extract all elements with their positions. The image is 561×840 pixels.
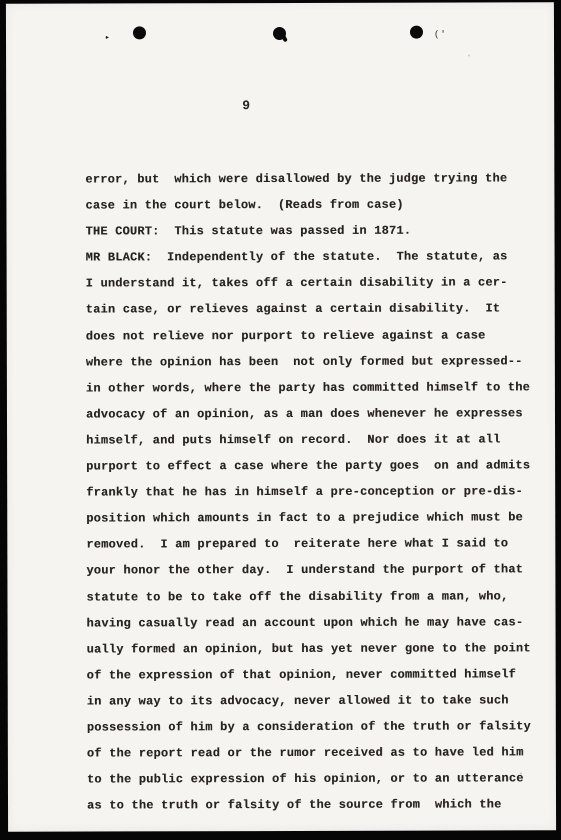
stray-mark-icon: ▸: [105, 34, 110, 42]
transcript-line: advocacy of an opinion, as a man does wh…: [86, 400, 536, 427]
transcript-line: possession of him by a consideration of …: [87, 713, 537, 740]
transcript-line: statute to be to take off the disability…: [86, 583, 536, 610]
ink-smudge: [280, 33, 288, 43]
transcript-line: your honor the other day. I understand t…: [86, 557, 536, 584]
stray-mark-icon: (': [434, 31, 447, 40]
transcript-line: of the report read or the rumor received…: [87, 739, 537, 766]
transcript-line: removed. I am prepared to reiterate here…: [86, 531, 536, 558]
paper-sheet: ▸ (' 9 error, but which were disallowed …: [6, 2, 556, 831]
transcript-line: does not relieve nor purport to relieve …: [86, 322, 536, 349]
transcript-line: of the expression of that opinion, never…: [87, 661, 537, 688]
transcript-line: to the public expression of his opinion,…: [87, 765, 537, 792]
scanned-document-page: ▸ (' 9 error, but which were disallowed …: [0, 0, 561, 840]
transcript-line: in any way to its advocacy, never allowe…: [87, 687, 537, 714]
transcript-line: frankly that he has in himself a pre-con…: [86, 478, 536, 505]
transcript-body: error, but which were disallowed by the …: [85, 165, 537, 819]
transcript-line: error, but which were disallowed by the …: [85, 165, 535, 192]
transcript-line: having casually read an account upon whi…: [87, 609, 537, 636]
transcript-line: I understand it, takes off a certain dis…: [86, 270, 536, 297]
transcript-line: in other words, where the party has comm…: [86, 374, 536, 401]
transcript-line: as to the truth or falsity of the source…: [87, 792, 537, 819]
transcript-line: THE COURT: This statute was passed in 18…: [85, 218, 535, 245]
transcript-line: MR BLACK: Independently of the statute. …: [86, 244, 536, 271]
transcript-line: where the opinion has been not only form…: [86, 348, 536, 375]
hole-punch-dot: [133, 26, 146, 39]
transcript-line: purport to effect a case where the party…: [86, 452, 536, 479]
transcript-line: tain case, or relieves against a certain…: [86, 296, 536, 323]
page-number: 9: [226, 98, 266, 113]
transcript-line: ually formed an opinion, but has yet nev…: [87, 635, 537, 662]
hole-punch-dot: [410, 26, 423, 39]
transcript-line: himself, and puts himself on record. Nor…: [86, 426, 536, 453]
transcript-line: position which amounts in fact to a prej…: [86, 505, 536, 532]
transcript-line: case in the court below. (Reads from cas…: [85, 191, 535, 218]
paper-speck: [468, 55, 470, 57]
hole-punch-dot: [273, 27, 286, 40]
